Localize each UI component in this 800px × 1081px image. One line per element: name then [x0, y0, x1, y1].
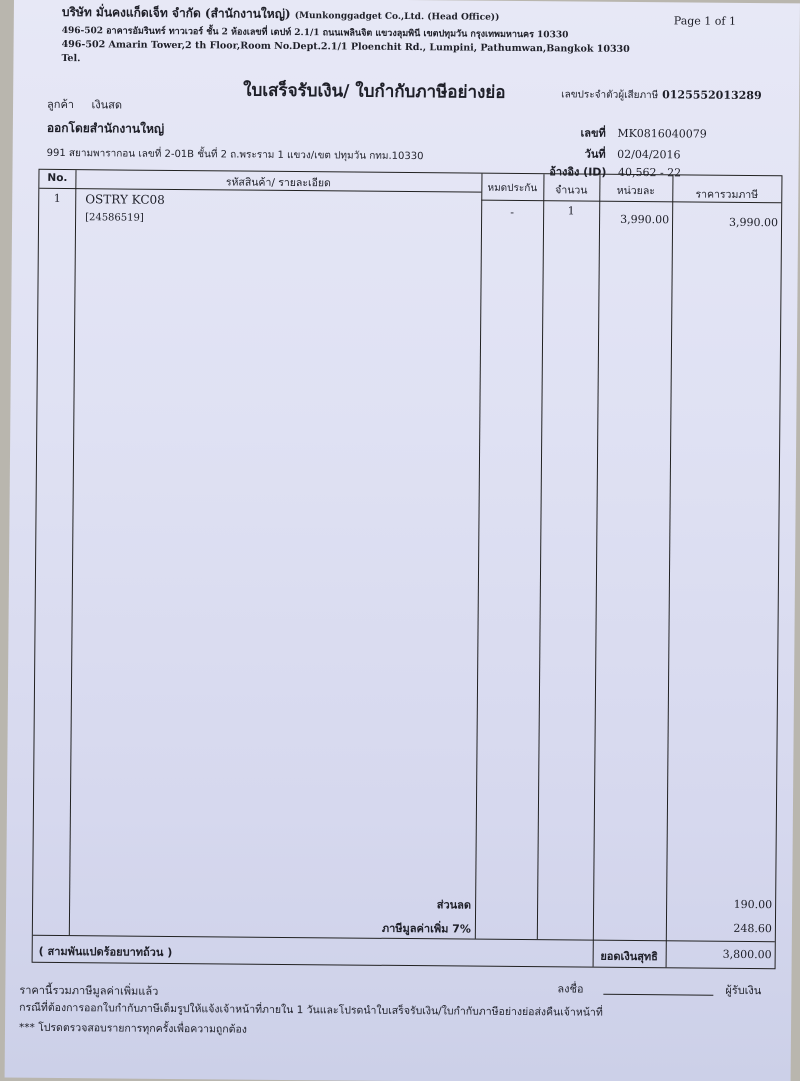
company-name: บริษัท มั่นคงแก็ดเจ็ท จำกัด (สำนักงานใหญ…	[62, 3, 500, 26]
document-title: ใบเสร็จรับเงิน/ ใบกำกับภาษีอย่างย่อ	[243, 77, 506, 106]
check-note: *** โปรดตรวจสอบรายการทุกครั้งเพื่อความถู…	[19, 1019, 247, 1038]
row-no: 1	[39, 192, 75, 205]
items-table: No. รหัสสินค้า/ รายละเอียด หมดประกัน จำน…	[32, 169, 783, 969]
vat-included-note: ราคานี้รวมภาษีมูลค่าเพิ่มแล้ว	[19, 981, 158, 1000]
row-warranty: -	[481, 206, 543, 220]
col-divider	[593, 175, 601, 967]
col-divider	[666, 175, 674, 967]
signature-line	[603, 994, 713, 996]
vat-label: ภาษีมูลค่าเพิ่ม 7%	[69, 916, 471, 938]
document-number-value: MK0816040079	[617, 127, 707, 141]
branch-address: 991 สยามพารากอน เลขที่ 2-01B ชั้นที่ 2 ถ…	[47, 146, 424, 164]
net-total-label: ยอดเงินสุทธิ	[593, 947, 666, 966]
amount-in-words: ( สามพันแปดร้อยบาทถ้วน )	[39, 942, 173, 961]
row-product-code: [24586519]	[85, 212, 144, 224]
company-name-th: บริษัท มั่นคงแก็ดเจ็ท จำกัด (สำนักงานใหญ…	[62, 5, 291, 21]
customer-label: ลูกค้า	[47, 98, 74, 111]
document-date-value: 02/04/2016	[617, 148, 681, 162]
tax-id-label: เลขประจำตัวผู้เสียภาษี	[561, 89, 658, 101]
page-number: Page 1 of 1	[674, 14, 736, 28]
document-number: เลขที่ MK0816040079	[516, 123, 707, 143]
col-header-unit-price: หน่วยละ	[599, 182, 672, 200]
row-product-name: OSTRY KC08	[85, 192, 165, 207]
col-header-total: ราคารวมภาษี	[672, 185, 781, 203]
col-header-description: รหัสสินค้า/ รายละเอียด	[75, 172, 481, 193]
col-divider	[69, 170, 77, 935]
company-name-en: (Munkonggadget Co.,Ltd. (Head Office))	[295, 11, 500, 23]
company-address-en: 496-502 Amarin Tower,2 th Floor,Room No.…	[62, 39, 630, 55]
document-date-label: วันที่	[516, 144, 606, 163]
customer-value: เงินสด	[91, 98, 122, 111]
receipt-paper: บริษัท มั่นคงแก็ดเจ็ท จำกัด (สำนักงานใหญ…	[5, 0, 800, 1081]
receiver-label: ผู้รับเงิน	[725, 981, 761, 999]
net-total-value: 3,800.00	[666, 947, 772, 961]
row-unit-price: 3,990.00	[599, 213, 669, 227]
col-header-qty: จำนวน	[543, 181, 599, 198]
col-divider	[537, 174, 545, 939]
col-divider	[475, 174, 483, 939]
vat-value: 248.60	[666, 921, 772, 935]
tax-id-value: 0125552013289	[662, 88, 762, 102]
document-number-label: เลขที่	[516, 123, 606, 142]
tax-id: เลขประจำตัวผู้เสียภาษี 0125552013289	[561, 87, 762, 104]
signature-label: ลงชื่อ	[557, 979, 583, 997]
col-header-warranty: หมดประกัน	[481, 181, 543, 197]
document-date: วันที่ 02/04/2016	[516, 144, 681, 163]
discount-label: ส่วนลด	[69, 892, 471, 914]
issued-by: ออกโดยสำนักงานใหญ่	[47, 119, 164, 139]
col-header-no: No.	[39, 172, 75, 184]
company-tel: Tel.	[61, 53, 80, 64]
discount-value: 190.00	[666, 897, 772, 911]
customer: ลูกค้า เงินสด	[47, 95, 122, 114]
company-address-th: 496-502 อาคารอัมรินทร์ ทาวเวอร์ ชั้น 2 ห…	[62, 23, 569, 41]
full-invoice-note: กรณีที่ต้องการออกใบกำกับภาษีเต็มรูปให้แจ…	[19, 999, 603, 1021]
row-qty: 1	[543, 204, 599, 217]
row-total: 3,990.00	[672, 215, 778, 229]
